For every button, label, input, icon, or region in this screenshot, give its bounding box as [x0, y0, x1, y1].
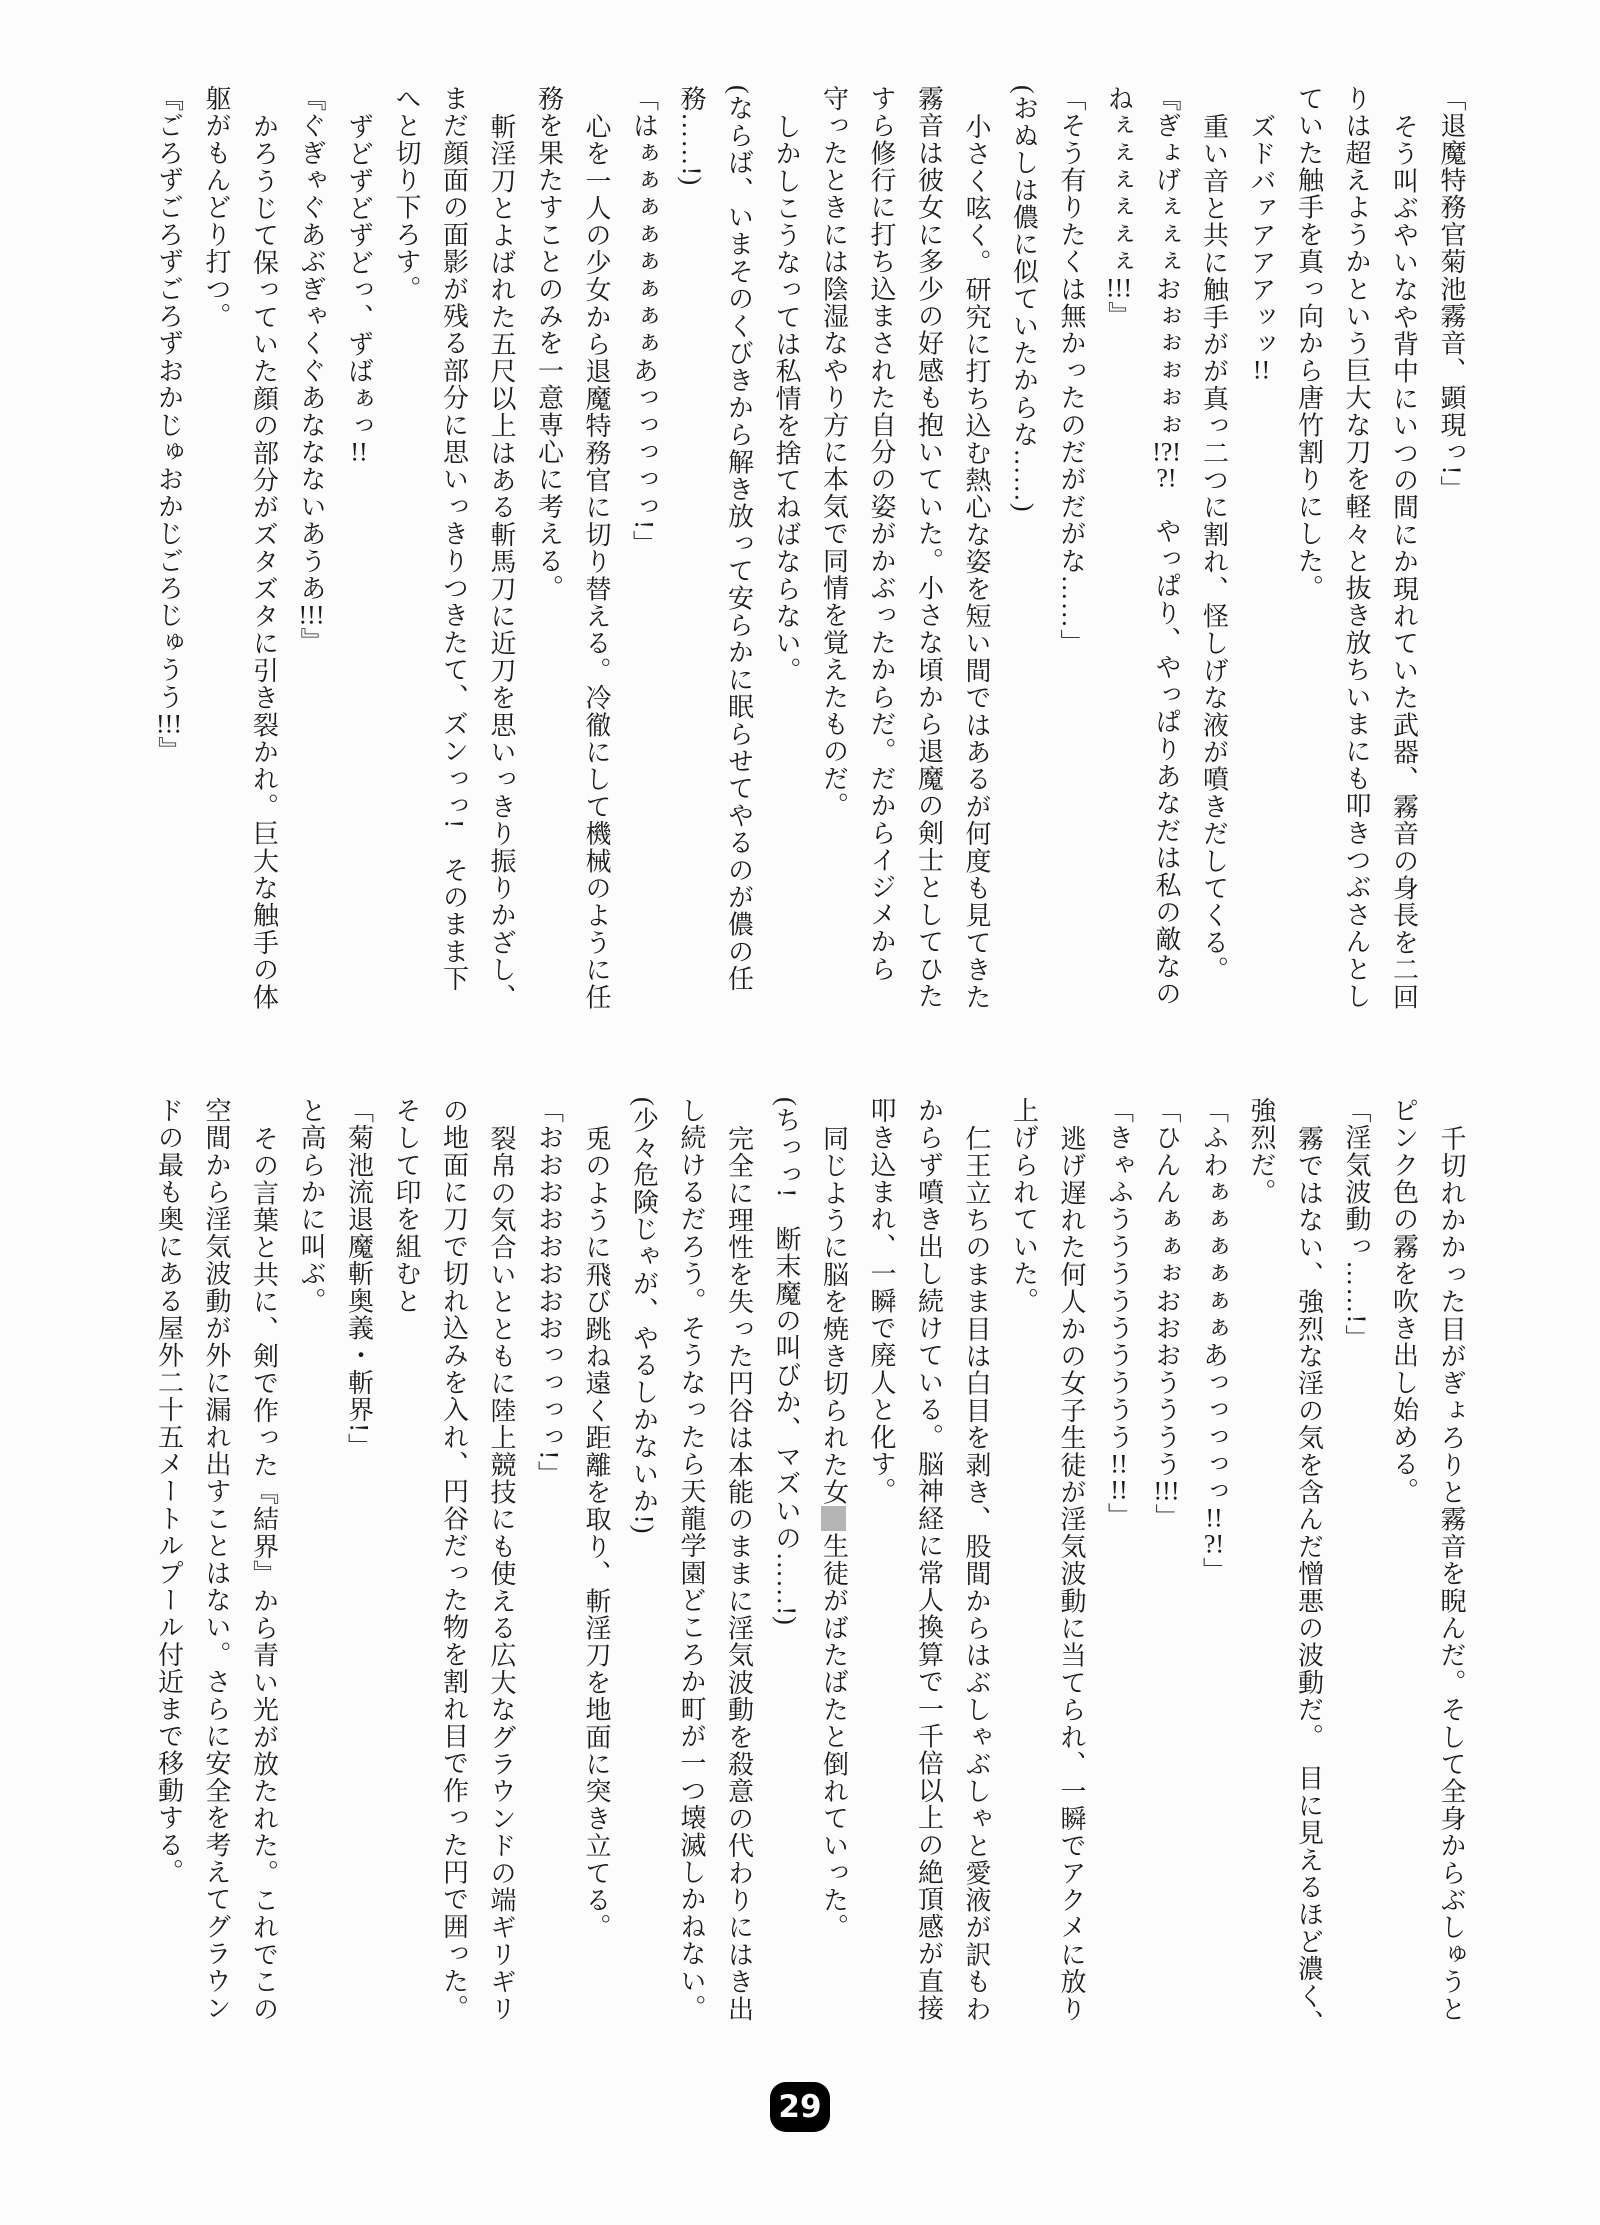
vertical-text-column: 斬淫刀とよばれた五尺以上はある斬馬刀に近刀を思いっきり振りかざし、	[478, 85, 526, 1070]
vertical-text-column: 上げられていた。	[1000, 1097, 1048, 2082]
vertical-text-column: 「そう有りたくは無かったのだがだがな……」	[1048, 85, 1096, 1070]
vertical-text-column: (ならば、いまそのくびきから解き放って安らかに眠らせてやるのが儂の任	[715, 85, 763, 1070]
vertical-text-column: しかしこうなっては私情を捨てねばならない。	[763, 85, 811, 1070]
top-text-block: 「退魔特務官菊池霧音、顕現っ!」そう叫ぶやいなや背中にいつの間にか現れていた武器…	[145, 85, 1475, 1070]
vertical-text-column: すら修行に打ち込まされた自分の姿がかぶったからだ。だからイジメから	[858, 85, 906, 1070]
censored-character-box	[821, 1506, 846, 1531]
vertical-text-column: 『ぎょげぇぇぇおぉぉぉぉぉ!?!?! やっぱり、やっぱりあなだは私の敵なの	[1143, 85, 1191, 1070]
exclamation-cluster: ?!	[1200, 1531, 1229, 1557]
vertical-text-column: そう叫ぶやいなや背中にいつの間にか現れていた武器、霧音の身長を二回	[1380, 85, 1428, 1070]
vertical-text-column: 強烈だ。	[1238, 1097, 1286, 2082]
exclamation-cluster: !!!	[1105, 275, 1134, 301]
vertical-text-column: ピンク色の霧を吹き出し始める。	[1380, 1097, 1428, 2082]
exclamation-cluster: !!!	[1152, 1478, 1181, 1504]
exclamation-cluster: !!	[1105, 1451, 1134, 1477]
vertical-text-column: 躯がもんどり打つ。	[193, 85, 241, 1070]
vertical-text-column: ていた触手を真っ向から唐竹割りにした。	[1285, 85, 1333, 1070]
vertical-text-column: へと切り下ろす。	[383, 85, 431, 1070]
vertical-text-column: 霧音は彼女に多少の好感も抱いていた。小さな頃から退魔の剣士としてひた	[905, 85, 953, 1070]
vertical-text-column: 小さく呟く。研究に打ち込む熱心な姿を短い間ではあるが何度も見てきた	[953, 85, 1001, 1070]
vertical-text-column: 兎のように飛び跳ね遠く距離を取り、斬淫刀を地面に突き立てる。	[573, 1097, 621, 2082]
vertical-text-column: 霧ではない、強烈な淫の気を含んだ憎悪の波動だ。 目に見えるほど濃く、	[1285, 1097, 1333, 2082]
vertical-text-column: (ちっっ! 断末魔の叫びか、マズいの……!)	[763, 1097, 811, 2082]
vertical-text-column: 叩き込まれ、一瞬で廃人と化す。	[858, 1097, 906, 2082]
vertical-text-column: 完全に理性を失った円谷は本能のままに淫気波動を殺意の代わりにはき出	[715, 1097, 763, 2082]
vertical-text-column: りは超えようかという巨大な刀を軽々と抜き放ちいまにも叩きつぶさんとし	[1333, 85, 1381, 1070]
vertical-text-column: 「退魔特務官菊池霧音、顕現っ!」	[1428, 85, 1476, 1070]
vertical-text-column: 務を果たすことのみを一意専心に考える。	[525, 85, 573, 1070]
vertical-text-column: その言葉と共に、剣で作った『結界』から青い光が放たれた。これでこの	[240, 1097, 288, 2082]
vertical-text-column: 裂帛の気合いとともに陸上競技にも使える広大なグラウンドの端ギリギリ	[478, 1097, 526, 2082]
page-number-badge: 29	[770, 2082, 830, 2132]
vertical-text-column: 「淫気波動っ……!」	[1333, 1097, 1381, 2082]
vertical-text-column: 千切れかかった目がぎょろりと霧音を睨んだ。そして全身からぶしゅうと	[1428, 1097, 1476, 2082]
vertical-text-column: まだ顔面の面影が残る部分に思いっきりつきたて、ズンっっ! そのまま下	[430, 85, 478, 1070]
vertical-text-column: 「菊池流退魔斬奥義・斬界!」	[335, 1097, 383, 2082]
vertical-text-column: 「おおおおおおおおっっっっ!」	[525, 1097, 573, 2082]
vertical-text-column: 守ったときには陰湿なやり方に本気で同情を覚えたものだ。	[810, 85, 858, 1070]
vertical-text-column: そして印を組むと	[383, 1097, 431, 2082]
vertical-text-column: ねぇぇぇぇぇぇ!!!』	[1095, 85, 1143, 1070]
vertical-text-column: ズドバァアアアッッ!!	[1238, 85, 1286, 1070]
page-number: 29	[778, 2089, 821, 2125]
vertical-text-column: (おぬしは儂に似ていたからな……)	[1000, 85, 1048, 1070]
vertical-text-column: の地面に刀で切れ込みを入れ、円谷だった物を割れ目で作った円で囲った。	[430, 1097, 478, 2082]
vertical-text-column: 同じように脳を焼き切られた女生徒がばたばたと倒れていった。	[810, 1097, 858, 2082]
vertical-text-column: ドの最も奥にある屋外二十五メートルプール付近まで移動する。	[145, 1097, 193, 2082]
vertical-text-column: 心を一人の少女から退魔特務官に切り替える。冷徹にして機械のように任	[573, 85, 621, 1070]
vertical-text-column: し続けるだろう。そうなったら天龍学園どころか町が一つ壊滅しかねない。	[668, 1097, 716, 2082]
exclamation-cluster: !!!	[297, 602, 326, 628]
manuscript-page: 「退魔特務官菊池霧音、顕現っ!」そう叫ぶやいなや背中にいつの間にか現れていた武器…	[0, 0, 1600, 2225]
vertical-text-column: 「ひんんぁぁぉおおおうううう!!!」	[1143, 1097, 1191, 2082]
vertical-text-column: 「はぁぁぁぁぁぁぁぁあっっっっっ!」	[620, 85, 668, 1070]
exclamation-cluster: !!	[1247, 357, 1276, 383]
vertical-text-column: 務……!)	[668, 85, 716, 1070]
bottom-text-block: 千切れかかった目がぎょろりと霧音を睨んだ。そして全身からぶしゅうとピンク色の霧を…	[145, 1097, 1475, 2082]
exclamation-cluster: !!	[345, 439, 374, 465]
vertical-text-column: (少々危険じゃが、やるしかないか!)	[620, 1097, 668, 2082]
exclamation-cluster: !!	[1105, 1477, 1134, 1503]
vertical-text-column: 「ふわぁぁぁぁぁぁあっっっっっ!!?!」	[1190, 1097, 1238, 2082]
exclamation-cluster: ?!	[1152, 465, 1181, 491]
vertical-text-column: ずどずどずどっ、ずばぁっ!!	[335, 85, 383, 1070]
vertical-text-column: 逃げ遅れた何人かの女子生徒が淫気波動に当てられ、一瞬でアクメに放り	[1048, 1097, 1096, 2082]
exclamation-cluster: !?!	[1152, 439, 1181, 465]
vertical-text-column: と高らかに叫ぶ。	[288, 1097, 336, 2082]
vertical-text-column: 重い音と共に触手がが真っ二つに割れ、怪しげな液が噴きだしてくる。	[1190, 85, 1238, 1070]
vertical-text-column: 『ぐぎゃぐあぶぎゃくぐあななないあうあ!!!』	[288, 85, 336, 1070]
vertical-text-column: 『ごろずごろずごろずおかじゅおかじごろじゅうう!!!』	[145, 85, 193, 1070]
vertical-text-column: 仁王立ちのまま目は白目を剥き、股間からはぶしゃぶしゃと愛液が訳もわ	[953, 1097, 1001, 2082]
vertical-text-column: 空間から淫気波動が外に漏れ出すことはない。さらに安全を考えてグラウン	[193, 1097, 241, 2082]
vertical-text-column: 「きゃふううううううううう!!!!」	[1095, 1097, 1143, 2082]
vertical-text-column: からず噴き出し続けている。脳神経に常人換算で一千倍以上の絶頂感が直接	[905, 1097, 953, 2082]
exclamation-cluster: !!	[1200, 1505, 1229, 1531]
exclamation-cluster: !!!	[155, 711, 184, 737]
vertical-text-column: かろうじて保っていた顔の部分がズタズタに引き裂かれ。巨大な触手の体	[240, 85, 288, 1070]
